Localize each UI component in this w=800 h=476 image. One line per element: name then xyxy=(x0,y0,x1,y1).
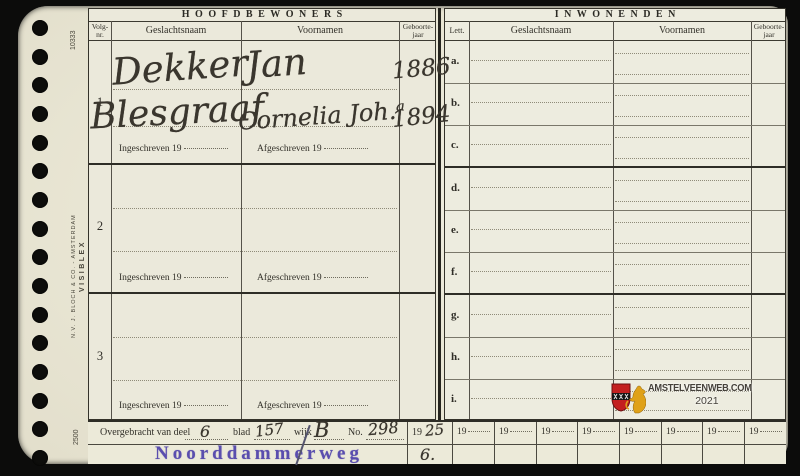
row-letter: c. xyxy=(451,139,459,151)
row-letter: h. xyxy=(451,351,460,363)
serial-number-bottom: 2500 xyxy=(73,413,80,445)
binding-hole xyxy=(32,450,48,466)
handwritten-deel: 6 xyxy=(200,422,210,441)
ingeschreven-label: Ingeschreven 19 xyxy=(119,401,228,411)
writing-line xyxy=(615,285,749,286)
writing-line xyxy=(615,74,749,75)
footer-divider xyxy=(577,422,578,464)
writing-line xyxy=(471,271,611,272)
inwonenden-table: INWONENDEN Lett. Geslachtsnaam Voornamen… xyxy=(444,8,786,420)
row-letter: e. xyxy=(451,224,459,236)
row-letter: a. xyxy=(451,55,459,67)
writing-line xyxy=(471,144,611,145)
binding-hole xyxy=(32,192,48,208)
footer-divider xyxy=(619,422,620,464)
writing-line xyxy=(113,337,397,338)
binding-hole xyxy=(32,135,48,151)
binding-hole xyxy=(32,106,48,122)
writing-line xyxy=(615,137,749,138)
binding-hole xyxy=(32,249,48,265)
row-divider xyxy=(445,379,785,380)
row-letter: b. xyxy=(451,97,460,109)
writing-line xyxy=(471,60,611,61)
writing-line xyxy=(615,201,749,202)
year-cell: 19 xyxy=(624,427,657,437)
footer-divider xyxy=(536,422,537,464)
writing-line xyxy=(615,222,749,223)
writing-line xyxy=(471,398,611,399)
writing-line xyxy=(615,307,749,308)
binding-hole xyxy=(32,20,48,36)
printer-company: N.V. J. BLOCH & CO. - AMSTERDAM xyxy=(71,180,77,338)
binding-hole xyxy=(32,364,48,380)
writing-line xyxy=(471,187,611,188)
binding-hole xyxy=(32,307,48,323)
footer-divider xyxy=(452,422,453,464)
header-rule xyxy=(89,40,435,41)
writing-line xyxy=(471,102,611,103)
column-header-lett: Lett. xyxy=(445,22,469,40)
writing-line xyxy=(471,229,611,230)
ingeschreven-label: Ingeschreven 19 xyxy=(119,273,228,283)
writing-line xyxy=(615,158,749,159)
blad-label: blad xyxy=(233,427,250,438)
amstelveen-coat-of-arms-icon xyxy=(610,382,646,414)
writing-line xyxy=(471,356,611,357)
column-header-voornamen: Voornamen xyxy=(241,22,399,40)
footer-divider xyxy=(661,422,662,464)
year-cell: 19 xyxy=(666,427,699,437)
watermark-year: 2021 xyxy=(648,395,766,407)
year-printed: 19 xyxy=(412,427,422,438)
handwritten-house-number: 6. xyxy=(420,445,435,464)
binding-hole xyxy=(32,421,48,437)
writing-line xyxy=(615,349,749,350)
handwritten-birthyear-1: 1886 xyxy=(391,53,452,84)
writing-line xyxy=(113,380,397,381)
writing-line xyxy=(471,314,611,315)
group-divider xyxy=(445,166,785,168)
column-header-volgnr: Volg-nr. xyxy=(89,22,111,40)
year-cell: 19 xyxy=(499,427,532,437)
afgeschreven-label: Afgeschreven 19 xyxy=(257,273,368,283)
watermark-text: AMSTELVEENWEB.COM 2021 xyxy=(648,382,766,407)
binding-hole xyxy=(32,278,48,294)
printer-brand: VISIBLEX xyxy=(79,210,86,292)
binding-hole xyxy=(32,393,48,409)
binding-hole xyxy=(32,77,48,93)
serial-number-top: 10333 xyxy=(70,8,77,50)
row-divider xyxy=(89,163,435,165)
footer-divider xyxy=(702,422,703,464)
footer-divider xyxy=(407,422,408,464)
transfer-label: Overgebracht van deel xyxy=(100,427,190,438)
binding-holes xyxy=(32,20,48,466)
ingeschreven-label: Ingeschreven 19 xyxy=(119,144,228,154)
column-header-voornamen: Voornamen xyxy=(613,22,751,40)
row-divider xyxy=(445,252,785,253)
row-letter: d. xyxy=(451,182,460,194)
inwonenden-title: INWONENDEN xyxy=(445,9,785,21)
handwritten-year: 25 xyxy=(424,420,445,440)
year-cell: 19 xyxy=(749,427,782,437)
row-divider xyxy=(89,292,435,294)
row-divider xyxy=(445,125,785,126)
writing-line xyxy=(615,180,749,181)
binding-hole xyxy=(32,163,48,179)
column-header-geslachtsnaam: Geslachtsnaam xyxy=(111,22,241,40)
column-divider xyxy=(613,21,614,419)
blank-no xyxy=(366,439,404,440)
scanned-register-card-photo: 10333 N.V. J. BLOCH & CO. - AMSTERDAM VI… xyxy=(0,0,800,476)
row-letter: f. xyxy=(451,266,457,278)
group-divider xyxy=(445,293,785,295)
binding-hole xyxy=(32,49,48,65)
column-header-geboortejaar: Geboorte-jaar xyxy=(751,22,787,40)
footer-divider xyxy=(744,422,745,464)
row-divider xyxy=(445,337,785,338)
row-number: 2 xyxy=(89,219,111,234)
handwritten-no: 298 xyxy=(367,418,399,440)
row-number: 3 xyxy=(89,349,111,364)
column-header-geslachtsnaam: Geslachtsnaam xyxy=(469,22,613,40)
column-header-geboortejaar: Geboorte-jaar xyxy=(399,22,437,40)
handwritten-blad: 157 xyxy=(254,419,285,440)
binding-hole xyxy=(32,335,48,351)
register-card: 10333 N.V. J. BLOCH & CO. - AMSTERDAM VI… xyxy=(18,6,788,464)
handwritten-firstnames-1: Jan xyxy=(245,40,309,87)
writing-line xyxy=(615,95,749,96)
year-cell: 19 xyxy=(707,427,740,437)
footer-divider xyxy=(494,422,495,464)
afgeschreven-label: Afgeschreven 19 xyxy=(257,401,368,411)
no-label: No. xyxy=(348,427,363,438)
writing-line xyxy=(615,243,749,244)
writing-line xyxy=(113,208,397,209)
writing-line xyxy=(615,328,749,329)
row-divider xyxy=(445,210,785,211)
year-cell: 19 xyxy=(582,427,615,437)
binding-hole xyxy=(32,221,48,237)
watermark: AMSTELVEENWEB.COM 2021 xyxy=(610,382,766,414)
row-letter: i. xyxy=(451,393,457,405)
column-divider xyxy=(751,21,752,419)
year-cell: 19 xyxy=(457,427,490,437)
writing-line xyxy=(615,116,749,117)
row-letter: g. xyxy=(451,309,459,321)
afgeschreven-label: Afgeschreven 19 xyxy=(257,144,368,154)
handwritten-birthyear-2: 1894 xyxy=(391,101,452,133)
header-rule xyxy=(445,40,785,41)
year-cell: 19 xyxy=(541,427,574,437)
street-name-stamp: Noorddammerweg xyxy=(155,443,363,465)
handwritten-wijk: B xyxy=(314,418,329,442)
writing-line xyxy=(615,370,749,371)
writing-line xyxy=(615,264,749,265)
column-divider xyxy=(469,21,470,419)
writing-line xyxy=(615,53,749,54)
writing-line xyxy=(113,251,397,252)
hoofdbewoners-title: HOOFDBEWONERS xyxy=(89,9,435,21)
row-divider xyxy=(445,83,785,84)
watermark-site: AMSTELVEENWEB.COM xyxy=(648,382,752,394)
